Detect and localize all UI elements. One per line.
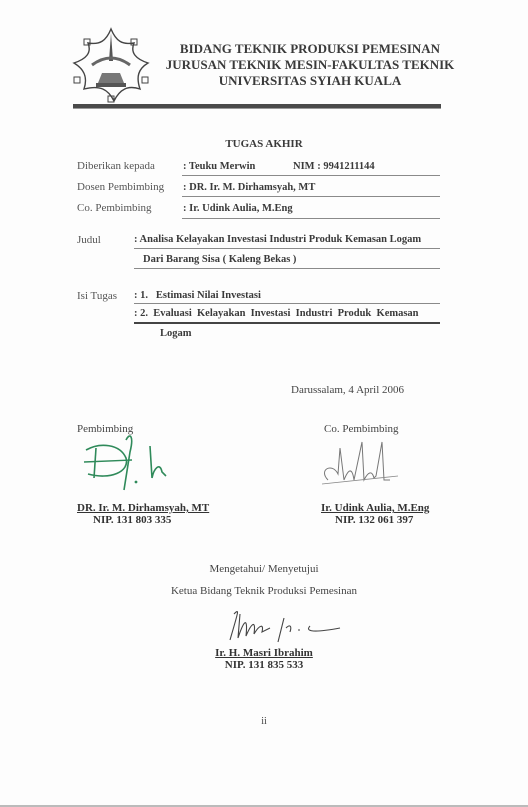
document-title: TUGAS AKHIR [0, 138, 528, 150]
co-pembimbing-role: Co. Pembimbing [324, 423, 399, 435]
co-pembimbing-name: Ir. Udink Aulia, M.Eng [321, 502, 429, 514]
isi-tugas-item-2: : 2. Evaluasi Kelayakan Investasi Indust… [134, 308, 419, 319]
field-label-supervisor: Dosen Pembimbing [77, 181, 164, 193]
page-number: ii [0, 716, 528, 727]
isi-tugas-item-1: : 1. Estimasi Nilai Investasi [134, 290, 261, 301]
approval-line-2: Ketua Bidang Teknik Produksi Pemesinan [0, 585, 528, 597]
signature-pembimbing [80, 432, 190, 492]
pembimbing-name: DR. Ir. M. Dirhamsyah, MT [77, 502, 209, 514]
approval-nip: NIP. 131 835 533 [0, 659, 528, 671]
field-underline [182, 218, 440, 219]
isi-tugas-underline [134, 322, 440, 324]
field-underline [182, 196, 440, 197]
isi-tugas-label: Isi Tugas [77, 290, 117, 302]
university-emblem-icon [70, 25, 152, 105]
field-value-supervisor: : DR. Ir. M. Dirhamsyah, MT [183, 182, 315, 193]
header-divider [73, 104, 441, 109]
field-value-student: : Teuku Merwin [183, 161, 255, 172]
date-place: Darussalam, 4 April 2006 [291, 384, 404, 396]
judul-line-2: Dari Barang Sisa ( Kaleng Bekas ) [143, 254, 296, 265]
signature-co-pembimbing [318, 440, 408, 492]
field-underline [182, 175, 440, 176]
judul-label: Judul [77, 234, 101, 246]
field-label-student: Diberikan kepada [77, 160, 155, 172]
isi-tugas-item-2-cont: Logam [160, 328, 192, 339]
field-value-nim: NIM : 9941211144 [293, 161, 375, 172]
header-line-2: JURUSAN TEKNIK MESIN-FAKULTAS TEKNIK [150, 57, 470, 73]
judul-line-1: : Analisa Kelayakan Investasi Industri P… [134, 234, 421, 245]
header-line-1: BIDANG TEKNIK PRODUKSI PEMESINAN [150, 41, 470, 57]
co-pembimbing-nip: NIP. 132 061 397 [335, 514, 413, 526]
field-value-co-supervisor: : Ir. Udink Aulia, M.Eng [183, 203, 293, 214]
isi-tugas-underline [134, 303, 440, 304]
signature-approval [220, 606, 350, 646]
approval-line-1: Mengetahui/ Menyetujui [0, 563, 528, 575]
judul-underline [134, 248, 440, 249]
field-label-co-supervisor: Co. Pembimbing [77, 202, 152, 214]
judul-underline [134, 268, 440, 269]
header-line-3: UNIVERSITAS SYIAH KUALA [150, 73, 470, 89]
pembimbing-nip: NIP. 131 803 335 [93, 514, 171, 526]
approval-name: Ir. H. Masri Ibrahim [0, 647, 528, 659]
